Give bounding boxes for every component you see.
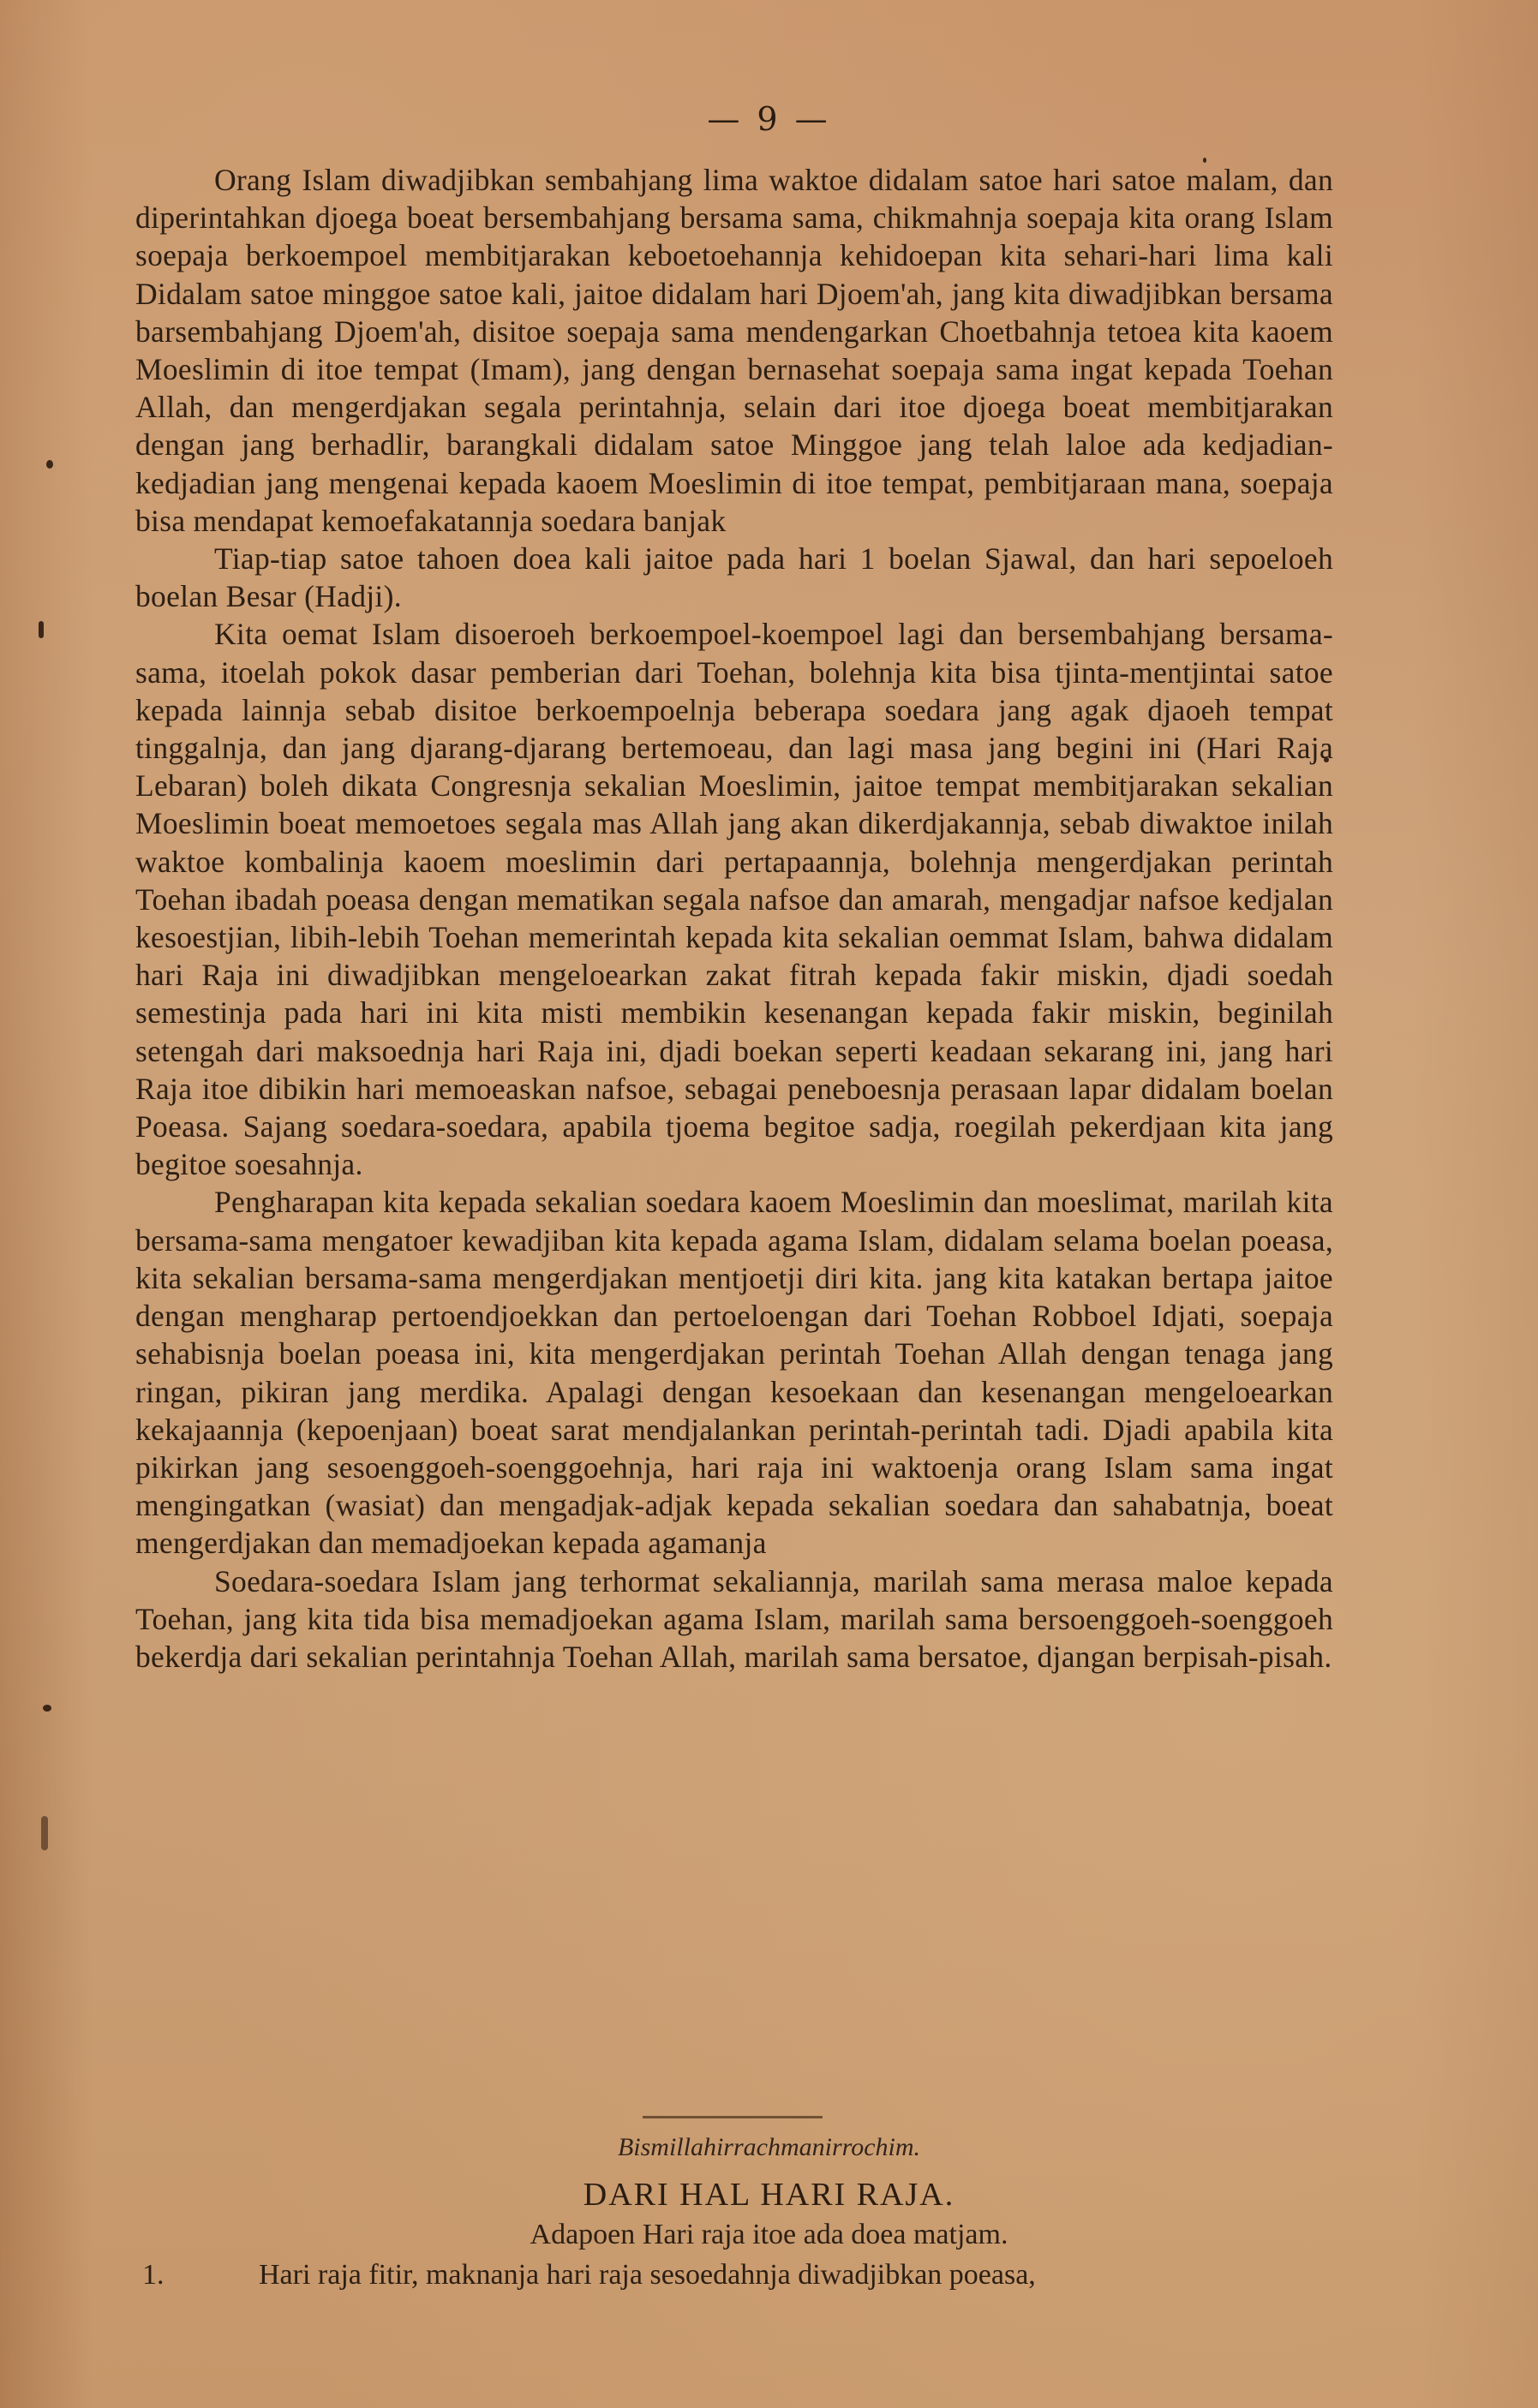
margin-mark	[46, 460, 53, 469]
scanned-page: — 9 — Orang Islam diwadjibkan sembahjang…	[0, 0, 1538, 2408]
section-title: DARI HAL HARI RAJA.	[0, 2176, 1538, 2214]
invocation: Bismillahirrachmanirrochim.	[0, 2133, 1538, 2162]
body-text: Orang Islam diwadjibkan sembahjang lima …	[135, 161, 1333, 1676]
page-number: — 9 —	[0, 100, 1538, 138]
list-text: Hari raja fitir, maknanja hari raja seso…	[259, 2259, 1333, 2291]
paragraph-gathering: Kita oemat Islam disoeroeh berkoempoel-k…	[135, 615, 1333, 1183]
paragraph-prayer: Orang Islam diwadjibkan sembahjang lima …	[135, 161, 1333, 540]
margin-mark	[39, 621, 44, 638]
margin-mark	[1324, 757, 1329, 762]
paragraph-hope: Pengharapan kita kepada sekalian soedara…	[135, 1183, 1333, 1562]
section-divider	[643, 2116, 823, 2118]
margin-mark	[41, 1816, 48, 1850]
margin-mark	[1203, 158, 1206, 163]
list-item: 1. Hari raja fitir, maknanja hari raja s…	[142, 2259, 1333, 2291]
paragraph-closing-appeal: Soedara-soedara Islam jang terhormat sek…	[135, 1563, 1333, 1676]
margin-mark	[43, 1705, 51, 1712]
list-number: 1.	[142, 2259, 259, 2291]
paragraph-eid-twice-yearly: Tiap-tiap satoe tahoen doea kali jaitoe …	[135, 540, 1333, 615]
section-subtitle: Adapoen Hari raja itoe ada doea matjam.	[0, 2219, 1538, 2251]
